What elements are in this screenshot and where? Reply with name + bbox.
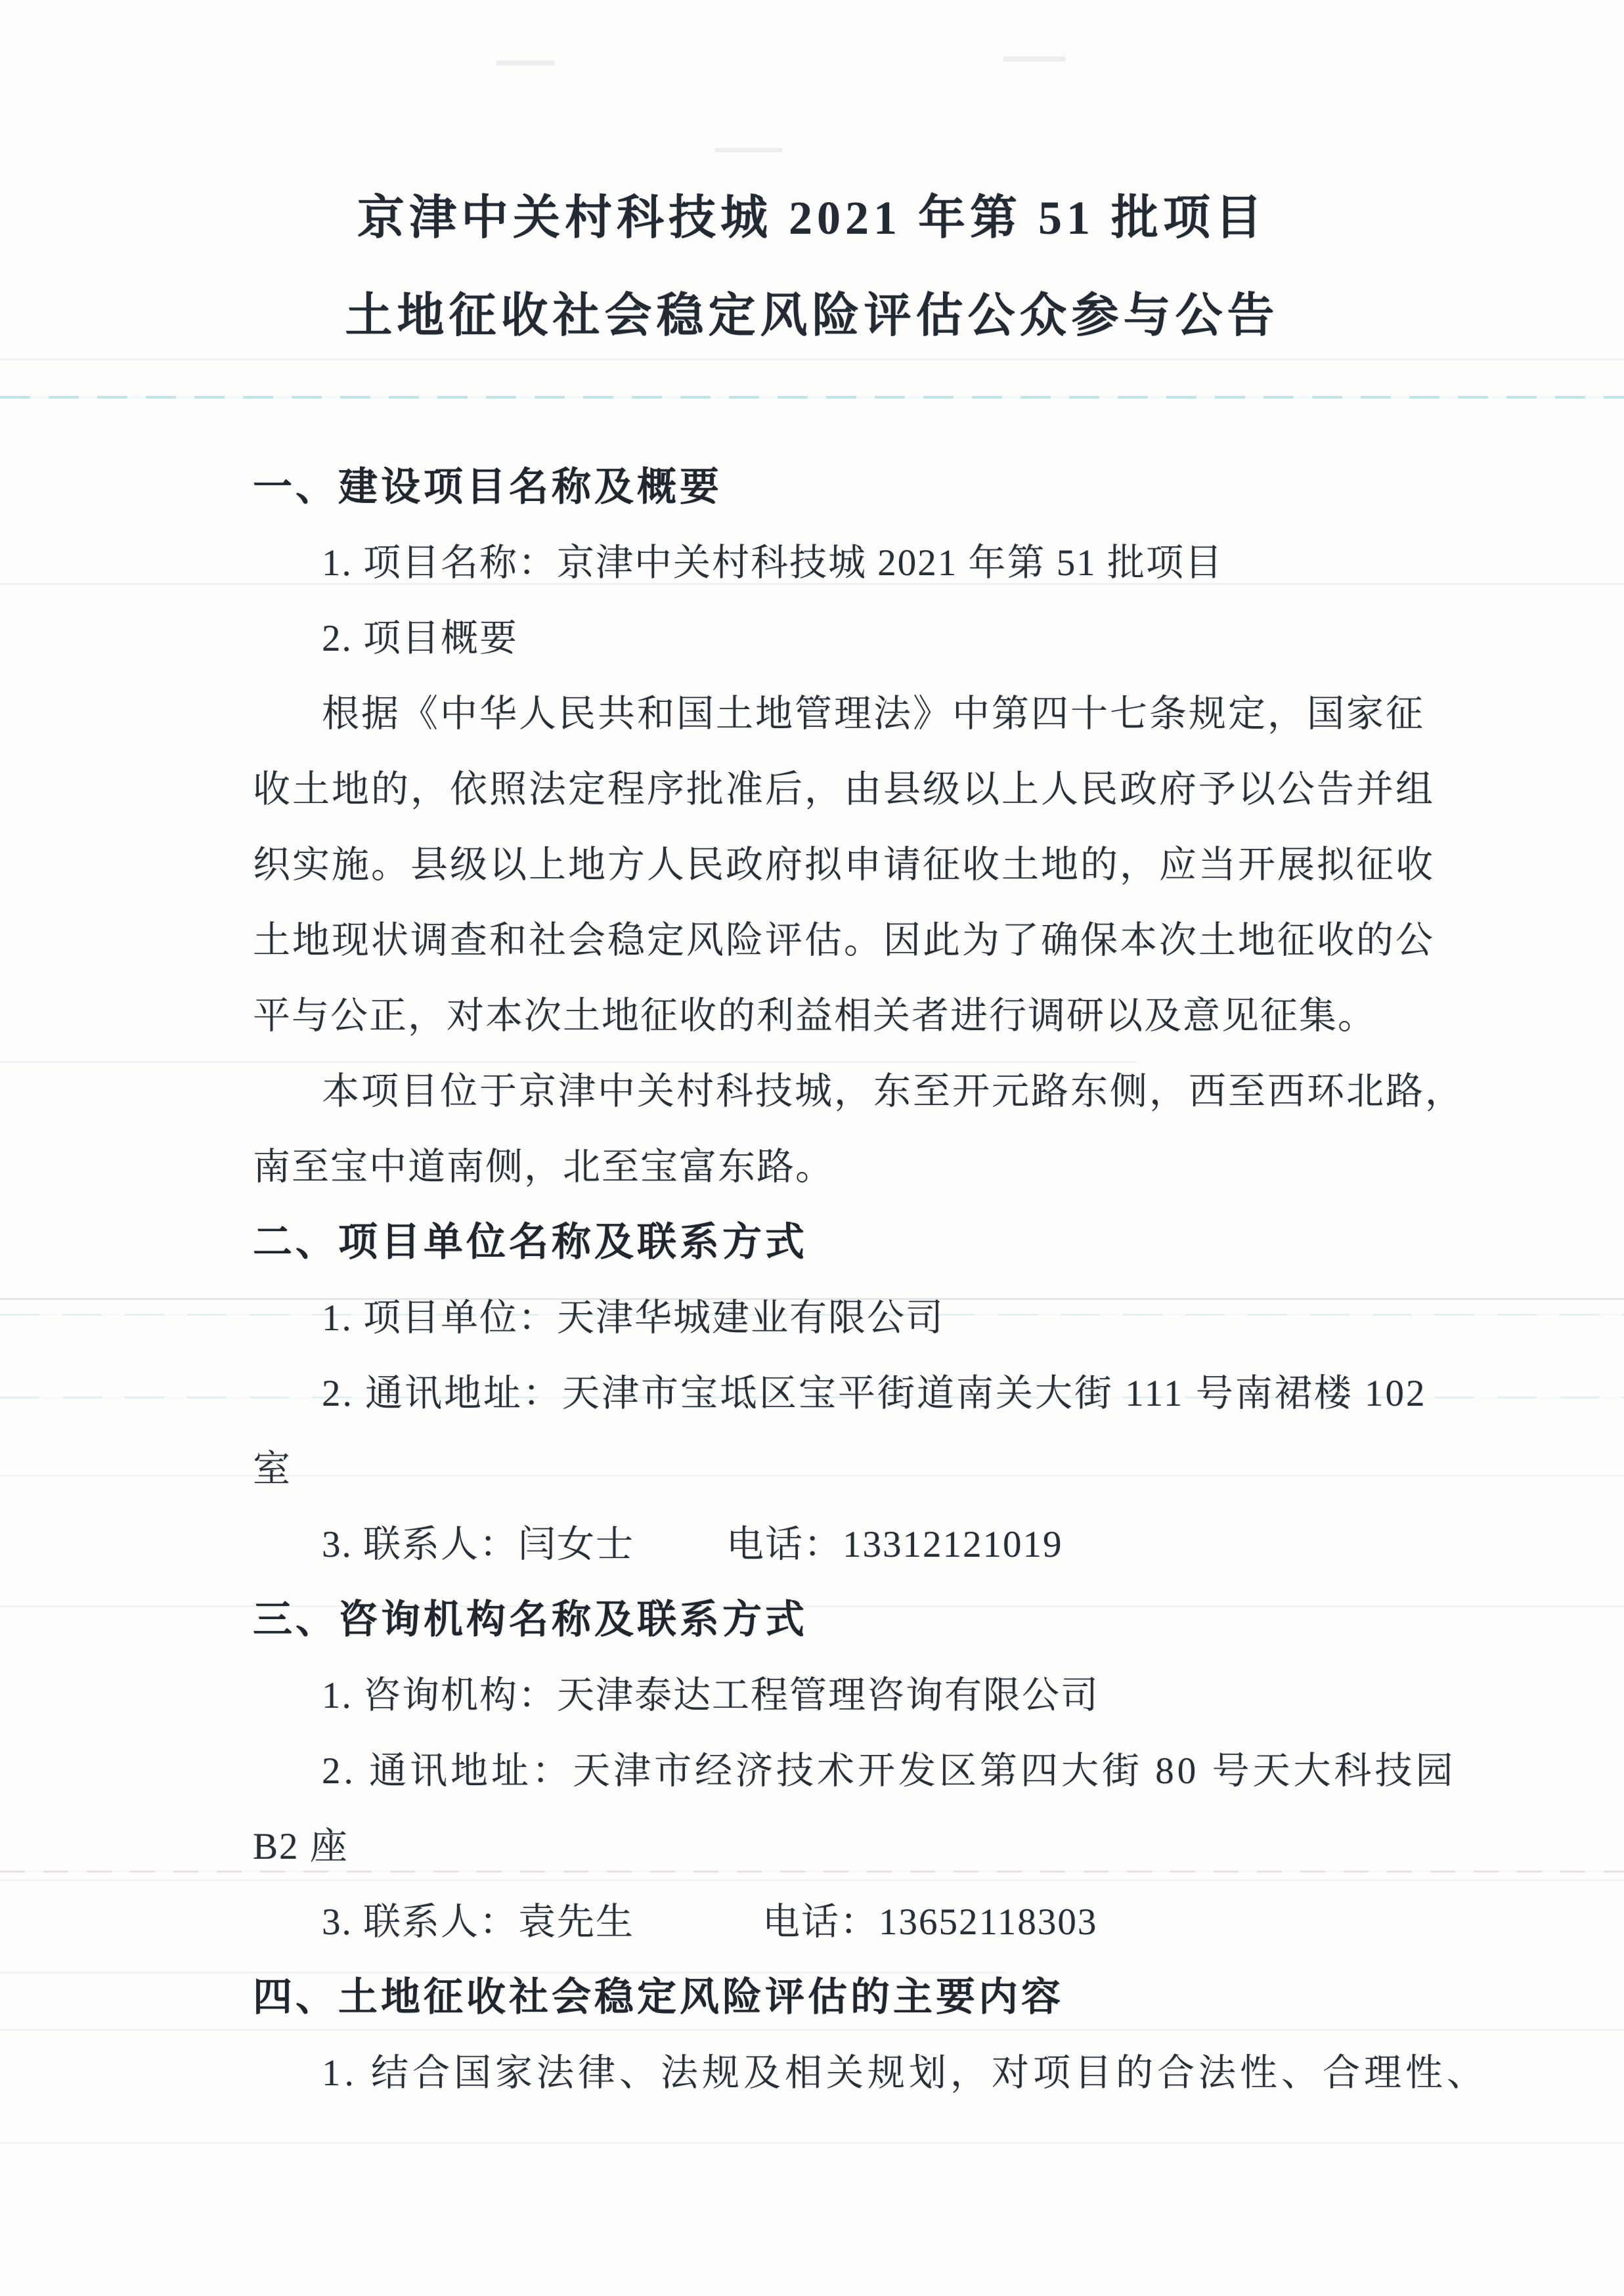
location-paragraph-line-1: 本项目位于京津中关村科技城，东至开元路东侧，西至西环北路，	[253, 1054, 1392, 1129]
project-name-line: 1. 项目名称：京津中关村科技城 2021 年第 51 批项目	[253, 525, 1392, 601]
consultant-contact-phone: 电话：13652118303	[762, 1901, 1097, 1943]
unit-contact-phone: 电话：13312121019	[726, 1524, 1063, 1565]
consultant-name-line: 1. 咨询机构：天津泰达工程管理咨询有限公司	[253, 1658, 1392, 1733]
scanned-announcement-page: 京津中关村科技城 2021 年第 51 批项目 土地征收社会稳定风险评估公众参与…	[0, 0, 1624, 2296]
unit-address-line-2: 室	[253, 1431, 1392, 1507]
title-line-2: 土地征收社会稳定风险评估公众参与公告	[0, 267, 1624, 365]
section-1-heading: 一、建设项目名称及概要	[253, 450, 1392, 525]
unit-address-line-1: 2. 通讯地址：天津市宝坻区宝平街道南关大街 111 号南裙楼 102	[253, 1356, 1392, 1431]
law-paragraph-line-5: 平与公正，对本次土地征收的利益相关者进行调研以及意见征集。	[253, 978, 1392, 1054]
consultant-address-line-1: 2. 通讯地址：天津市经济技术开发区第四大街 80 号天大科技园	[253, 1733, 1392, 1809]
document-title: 京津中关村科技城 2021 年第 51 批项目 土地征收社会稳定风险评估公众参与…	[0, 169, 1624, 365]
unit-contact-person: 3. 联系人：闫女士	[322, 1524, 634, 1565]
section-4-heading: 四、土地征收社会稳定风险评估的主要内容	[253, 1960, 1392, 2035]
scan-artifact-line	[0, 2142, 1624, 2144]
law-paragraph-line-4: 土地现状调查和社会稳定风险评估。因此为了确保本次土地征收的公	[253, 903, 1392, 978]
section-2-heading: 二、项目单位名称及联系方式	[253, 1205, 1392, 1280]
scan-smudge	[714, 148, 783, 152]
unit-contact-line: 3. 联系人：闫女士电话：13312121019	[253, 1507, 1392, 1582]
law-paragraph-line-1: 根据《中华人民共和国土地管理法》中第四十七条规定，国家征	[253, 676, 1392, 752]
consultant-contact-line: 3. 联系人：袁先生电话：13652118303	[253, 1884, 1392, 1960]
scan-smudge	[1003, 56, 1066, 62]
title-line-1: 京津中关村科技城 2021 年第 51 批项目	[0, 169, 1624, 267]
location-paragraph-line-2: 南至宝中道南侧，北至宝富东路。	[253, 1129, 1392, 1205]
section-3-heading: 三、咨询机构名称及联系方式	[253, 1582, 1392, 1658]
law-paragraph-line-3: 织实施。县级以上地方人民政府拟申请征收土地的，应当开展拟征收	[253, 827, 1392, 903]
consultant-address-line-2: B2 座	[253, 1809, 1392, 1884]
project-summary-label: 2. 项目概要	[253, 601, 1392, 676]
scan-artifact-line	[0, 396, 1624, 399]
assessment-content-line: 1. 结合国家法律、法规及相关规划，对项目的合法性、合理性、	[253, 2035, 1392, 2111]
consultant-contact-person: 3. 联系人：袁先生	[322, 1901, 634, 1943]
document-body: 一、建设项目名称及概要 1. 项目名称：京津中关村科技城 2021 年第 51 …	[253, 450, 1392, 2111]
project-unit-line: 1. 项目单位：天津华城建业有限公司	[253, 1280, 1392, 1356]
law-paragraph-line-2: 收土地的，依照法定程序批准后，由县级以上人民政府予以公告并组	[253, 752, 1392, 827]
scan-smudge	[496, 60, 555, 66]
